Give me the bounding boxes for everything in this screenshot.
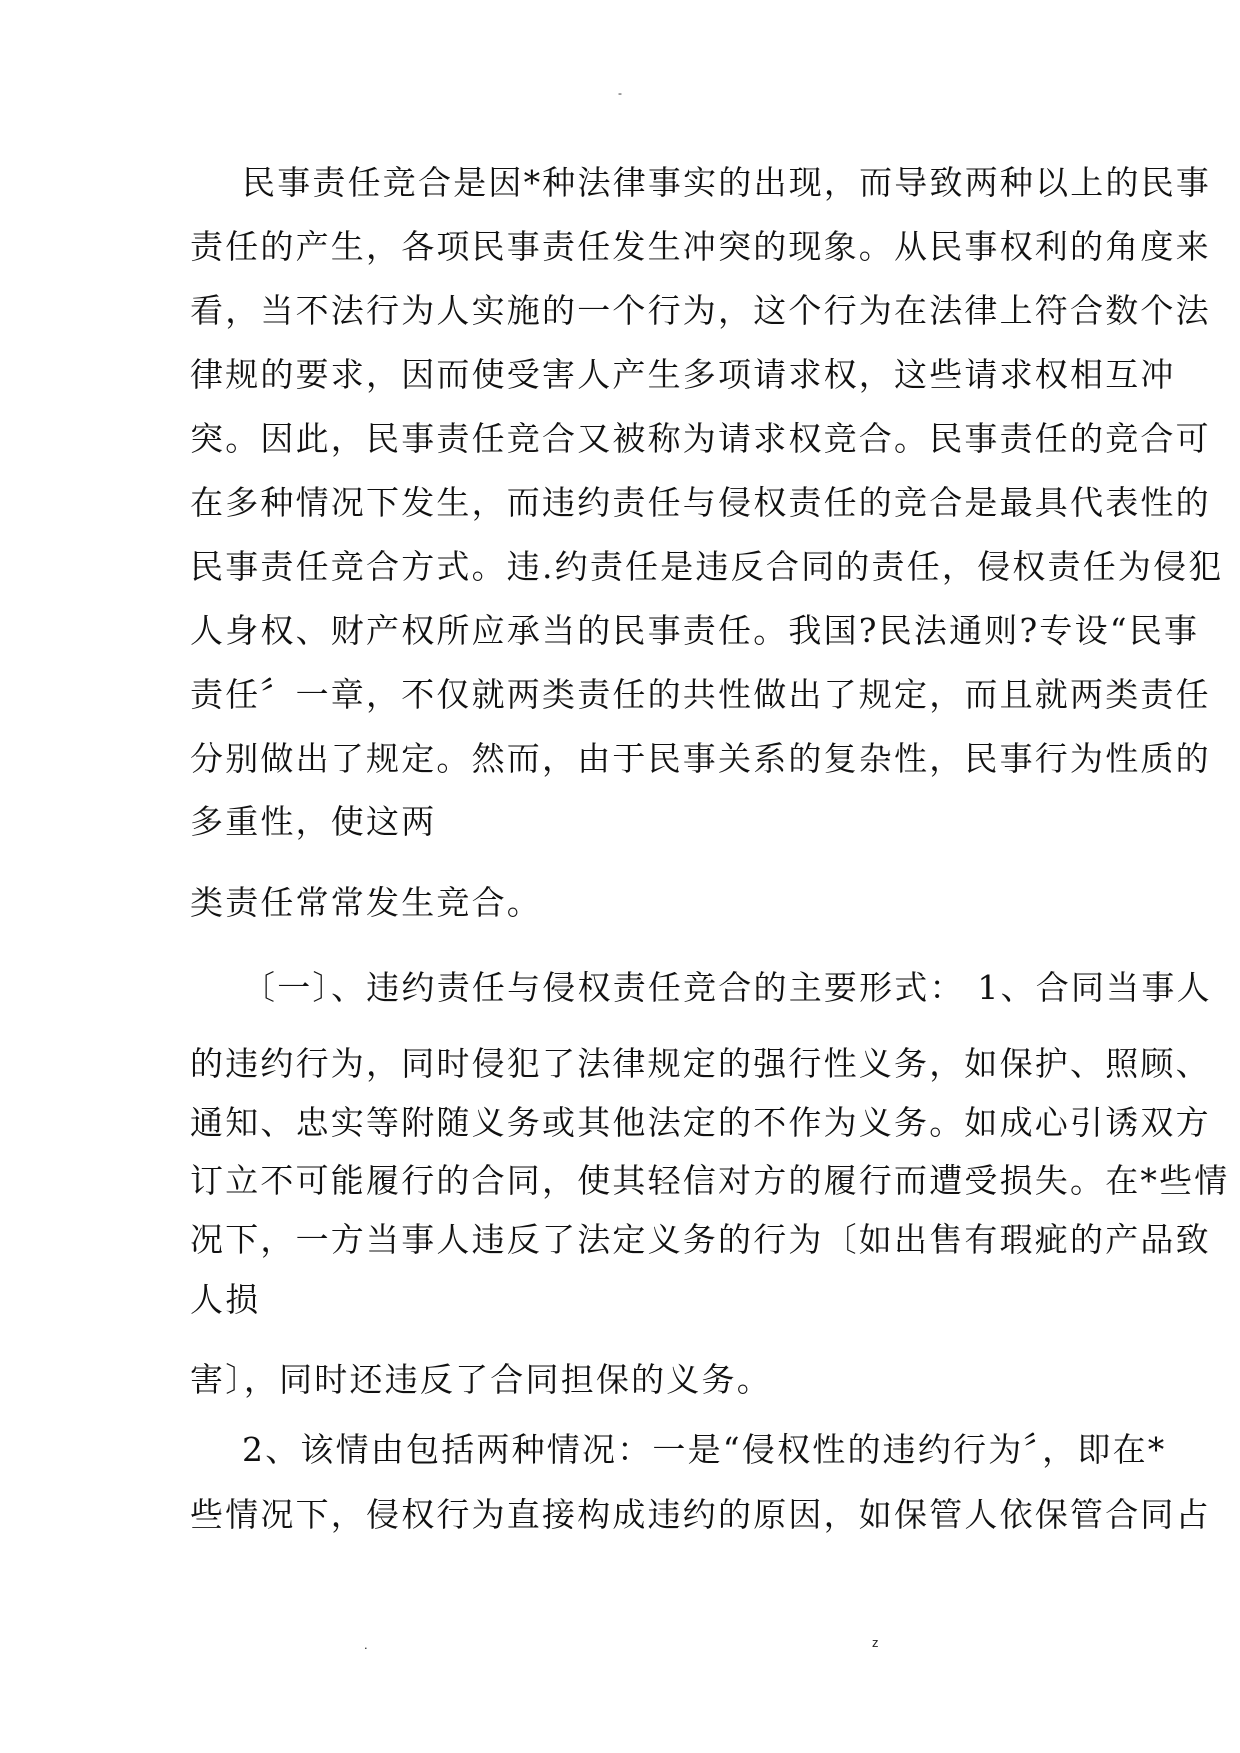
- paragraph-2-line-1: 类责任常常发生竞合。: [190, 883, 1070, 923]
- header-mark: -: [614, 86, 626, 100]
- paragraph-5-line-1: 2、该情由包括两种情况：一是“侵权性的违约行为〞，即在*: [242, 1430, 1122, 1470]
- paragraph-3-line-4: 订立不可能履行的合同，使其轻信对方的履行而遭受损失。在*些情: [190, 1161, 1070, 1201]
- paragraph-1-line-11: 多重性，使这两: [190, 802, 1070, 842]
- paragraph-4-line-1: 害〕，同时还违反了合同担保的义务。: [190, 1360, 1070, 1400]
- footer-right-mark: z: [872, 1635, 879, 1651]
- paragraph-3-line-1: 〔一〕、违约责任与侵权责任竞合的主要形式： 1、合同当事人: [242, 968, 1122, 1008]
- paragraph-1-line-3: 看，当不法行为人实施的一个行为，这个行为在法律上符合数个法: [190, 291, 1070, 331]
- document-page: - 民事责任竞合是因*种法律事实的出现，而导致两种以上的民事 责任的产生，各项民…: [0, 0, 1240, 1753]
- paragraph-3-line-5: 况下，一方当事人违反了法定义务的行为〔如出售有瑕疵的产品致: [190, 1220, 1070, 1260]
- paragraph-1-line-5: 突。因此，民事责任竞合又被称为请求权竞合。民事责任的竞合可: [190, 419, 1070, 459]
- paragraph-5-line-2: 些情况下，侵权行为直接构成违约的原因，如保管人依保管合同占: [190, 1495, 1070, 1535]
- paragraph-1-line-1: 民事责任竞合是因*种法律事实的出现，而导致两种以上的民事: [242, 163, 1122, 203]
- footer-left-mark: .: [364, 1637, 368, 1653]
- paragraph-3-line-3: 通知、忠实等附随义务或其他法定的不作为义务。如成心引诱双方: [190, 1103, 1070, 1143]
- paragraph-3-line-6: 人损: [190, 1280, 1070, 1320]
- paragraph-1-line-2: 责任的产生，各项民事责任发生冲突的现象。从民事权利的角度来: [190, 227, 1070, 267]
- paragraph-1-line-6: 在多种情况下发生，而违约责任与侵权责任的竞合是最具代表性的: [190, 483, 1070, 523]
- paragraph-1-line-7: 民事责任竞合方式。违.约责任是违反合同的责任，侵权责任为侵犯: [190, 547, 1070, 587]
- paragraph-1-line-9: 责任〞一章，不仅就两类责任的共性做出了规定，而且就两类责任: [190, 675, 1070, 715]
- paragraph-1-line-10: 分别做出了规定。然而，由于民事关系的复杂性，民事行为性质的: [190, 739, 1070, 779]
- paragraph-1-line-4: 律规的要求，因而使受害人产生多项请求权，这些请求权相互冲: [190, 355, 1070, 395]
- paragraph-3-line-2: 的违约行为，同时侵犯了法律规定的强行性义务，如保护、照顾、: [190, 1044, 1070, 1084]
- paragraph-1-line-8: 人身权、财产权所应承当的民事责任。我国?民法通则?专设“民事: [190, 611, 1070, 651]
